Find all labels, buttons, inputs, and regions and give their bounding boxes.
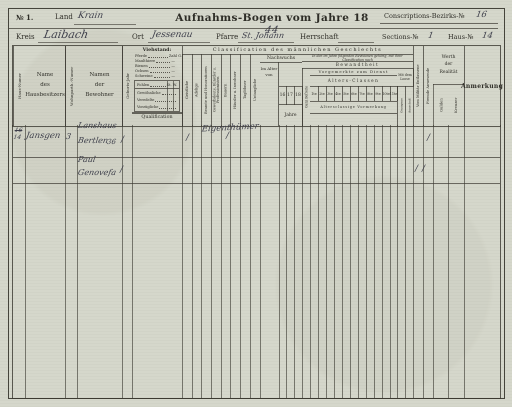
- ort-label: Ort: [132, 33, 144, 41]
- grid-line: [366, 125, 367, 398]
- entry-geburtsjahr: 36: [106, 138, 116, 146]
- grid-line: [326, 125, 327, 398]
- grid-line: [302, 125, 303, 398]
- col-bewohner-l3: Bewohner: [85, 91, 113, 101]
- col-anmerkung: Anmerkung: [464, 46, 500, 126]
- ort-underline: [148, 31, 210, 43]
- col-hausbesitzer-l3: Hausbesitzers: [25, 91, 65, 101]
- haus-label: Haus-№: [448, 33, 473, 41]
- nachwuchs-unit: Jahre: [279, 104, 303, 126]
- viehstand-box: Viehstand: Pferde Zahl G. Maulthiere— Bi…: [132, 46, 183, 126]
- werth-col-gulden: Gulden: [433, 84, 449, 126]
- conscription-underline: [380, 23, 498, 24]
- col-hausbesitzer-l2: des: [40, 81, 50, 91]
- tally-mark: ∕: [427, 134, 430, 143]
- grid-line: [397, 125, 398, 398]
- grid-line: [413, 125, 414, 398]
- grid-line: [390, 125, 391, 398]
- leader-dots: [150, 86, 165, 87]
- dash: —: [171, 74, 175, 79]
- tally-mark: ∕: [121, 136, 124, 145]
- grid-line: [279, 125, 280, 398]
- sections-label: Sections-№: [382, 33, 418, 41]
- grid-line: [167, 81, 168, 111]
- col-hausbesitzer-l1: Name: [37, 71, 54, 81]
- grid-line: [279, 86, 302, 87]
- haus-value: 14: [481, 31, 494, 41]
- fohlen-row-label: Vorzügliche: [137, 105, 158, 110]
- grid-line: [25, 125, 26, 398]
- herrschaft-label: Herrschaft: [300, 33, 339, 41]
- viehstand-qualification: Qualification: [132, 115, 182, 120]
- grid-line: [260, 125, 261, 398]
- werth-l3: Realität: [440, 69, 458, 77]
- grid-line: [250, 125, 251, 398]
- pfarre-label: Pfarre: [216, 33, 238, 41]
- grid-line: [358, 125, 359, 398]
- grid-line: [132, 112, 182, 114]
- grid-line: [221, 125, 222, 398]
- grid-line: [132, 125, 133, 398]
- conscription-value: 16: [475, 10, 488, 20]
- col-bewohner: Namen der Bewohner: [77, 46, 123, 126]
- tally-mark: ∕: [120, 166, 123, 175]
- viehstand-row: Schweine—: [133, 74, 177, 79]
- tally-mark: ∕: [226, 132, 229, 141]
- nachwuchs-left-cell: Im Alter von: [260, 62, 279, 126]
- grid-line: [318, 125, 319, 398]
- grid-line: [334, 125, 335, 398]
- kreis-underline: [38, 30, 118, 43]
- grid-line: [230, 125, 231, 398]
- tally-mark: ∕: [422, 165, 425, 174]
- entry-bewohner-3: Paul: [77, 155, 96, 164]
- fohlen-box: Fohlen St. W. Gewöhnliche Veredelte Vorz…: [134, 80, 180, 112]
- pfarre-underline: [238, 32, 294, 43]
- grid-line: [182, 125, 183, 398]
- grid-line: [294, 125, 295, 398]
- viehstand-item: Schweine: [135, 74, 153, 79]
- grid-line: [192, 125, 193, 398]
- entry-bewohner-1: Lanshaus: [77, 121, 117, 130]
- grid-line: [382, 125, 383, 398]
- grid-line: [173, 81, 174, 111]
- herrschaft-underline: [338, 32, 374, 43]
- entry-hausnr-new: 14: [13, 134, 22, 141]
- table-body-grid: [12, 125, 501, 399]
- grid-line: [77, 125, 78, 398]
- grid-line: [240, 125, 241, 398]
- viehstand-title: Viehstand:: [132, 47, 182, 53]
- form-number: № 1.: [16, 13, 33, 22]
- entry-hausnr-old: 16: [14, 127, 23, 134]
- dienst-sub-title: Mit dem Loose: [397, 68, 414, 87]
- werth-col-kreuzer: Kreuzer: [448, 84, 464, 126]
- nachwuchs-left-l2: von: [260, 72, 278, 78]
- col-hausbesitzer: Name des Hausbesitzers: [25, 46, 66, 126]
- fohlen-row-label: Veredelte: [137, 98, 154, 103]
- row-line: [13, 183, 500, 184]
- grid-line: [342, 125, 343, 398]
- fohlen-row-label: Gewöhnliche: [137, 91, 161, 96]
- grid-line: [374, 125, 375, 398]
- entry-bewohner-2: Bertlen: [77, 136, 109, 145]
- table-header: Haus-Numer Name des Hausbesitzers Wohnpa…: [12, 45, 501, 127]
- leader-dots: [154, 77, 171, 78]
- grid-line: [201, 125, 202, 398]
- kreis-label: Kreis: [16, 33, 35, 41]
- werth-title: Werth der Realität: [433, 46, 464, 84]
- tally-mark: ∕: [186, 134, 189, 143]
- werth-l1: Werth: [442, 54, 456, 62]
- grid-line: [310, 125, 311, 398]
- grid-line: [211, 125, 212, 398]
- grid-line: [350, 125, 351, 398]
- grid-line: [286, 125, 287, 398]
- conscription-label: Conscriptions-Bezirks-№: [384, 12, 465, 20]
- grid-line: [405, 125, 406, 398]
- grid-line: [65, 125, 66, 398]
- land-underline: [74, 12, 136, 25]
- col-bewohner-l2: der: [95, 81, 104, 91]
- dienst-bottom: Altersclassige Vormerkung: [310, 101, 397, 114]
- werth-l2: der: [445, 61, 453, 69]
- entry-besitzer: Jansgen: [25, 131, 61, 141]
- fohlen-title: Fohlen: [137, 83, 149, 88]
- grid-line: [448, 125, 449, 398]
- col-bewohner-l1: Namen: [89, 71, 109, 81]
- form-title-text: Aufnahms-Bogen vom Jahre 18: [175, 12, 369, 24]
- census-form-page: № 1. Land Krain Aufnahms-Bogen vom Jahre…: [0, 0, 512, 407]
- grid-line: [464, 125, 465, 398]
- land-label: Land: [55, 13, 73, 21]
- entry-bewohner-4: Genovefa: [77, 168, 117, 177]
- sections-value: 1: [427, 31, 434, 41]
- tally-mark: ∕: [415, 165, 418, 174]
- grid-line: [433, 125, 434, 398]
